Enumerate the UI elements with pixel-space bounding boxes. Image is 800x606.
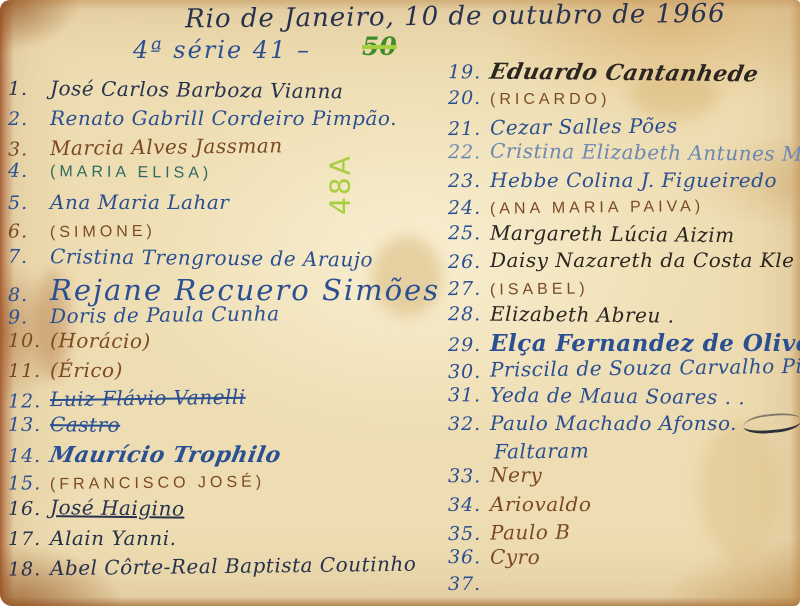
list-entry: 30.Priscila de Souza Carvalho Pimenta xyxy=(448,355,800,386)
entry-number: 28. xyxy=(448,303,490,325)
entry-number: 22. xyxy=(448,141,490,163)
entry-number: 8. xyxy=(8,284,50,306)
list-entry: 11.(Érico) xyxy=(8,358,440,386)
list-entry: 19.Eduardo Cantanhede xyxy=(448,58,800,89)
list-entry: 16.José Haigino xyxy=(8,496,440,529)
absent-note-label: Faltaram xyxy=(494,438,590,463)
entry-name: Nery xyxy=(490,463,542,488)
illegible-signature-scrawl xyxy=(743,412,800,436)
entry-name: Cezar Salles Pões xyxy=(490,113,678,139)
entry-name: (ANA MARIA PAIVA) xyxy=(490,198,704,219)
entry-name: Renato Gabrill Cordeiro Pimpão. xyxy=(50,106,397,130)
entry-number: 36. xyxy=(448,546,490,568)
name-list-left-column: 1.José Carlos Barboza Vianna2.Renato Gab… xyxy=(8,78,440,582)
list-entry: 29.Elça Fernandez de Oliveira Netto xyxy=(448,330,800,357)
entry-name: (ISABEL) xyxy=(490,280,589,299)
entry-name: (Érico) xyxy=(50,358,123,382)
entry-number: 10. xyxy=(8,330,50,352)
entry-number: 23. xyxy=(448,170,490,192)
list-entry: 28.Elizabeth Abreu . xyxy=(448,301,800,332)
entry-name: Elizabeth Abreu . xyxy=(490,302,675,328)
list-entry: 1.José Carlos Barboza Vianna xyxy=(8,76,440,109)
entry-number: 20. xyxy=(448,87,490,109)
entry-name: Cristina Elizabeth Antunes Ma xyxy=(490,139,800,166)
entry-number: 15. xyxy=(8,472,50,495)
list-entry: 7.Cristina Trengrouse de Araujo xyxy=(8,244,440,277)
entry-name: Elça Fernandez de Oliveira Netto xyxy=(490,330,800,357)
entry-number: 2. xyxy=(8,108,50,130)
list-entry: 31.Yeda de Maua Soares . . xyxy=(448,382,800,413)
entry-name: Daisy Nazareth da Costa Kle xyxy=(490,248,795,272)
entry-name: (Horácio) xyxy=(50,328,151,353)
list-entry: 24.(ANA MARIA PAIVA) xyxy=(448,193,800,224)
list-entry: 35.Paulo B xyxy=(448,517,800,548)
entry-number: 14. xyxy=(8,445,50,467)
entry-name: Margareth Lúcia Aizim xyxy=(490,221,735,248)
list-entry: 20.(RICARDO) xyxy=(448,87,800,114)
scanned-document: Rio de Janeiro, 10 de outubro de 1966 4ª… xyxy=(0,0,800,606)
crossed-out-count: 50 xyxy=(362,32,397,61)
entry-number: 34. xyxy=(448,494,490,516)
entry-name: Yeda de Maua Soares . . xyxy=(490,383,745,410)
entry-name: Hebbe Colina J. Figueiredo xyxy=(490,168,777,192)
entry-number: 24. xyxy=(448,197,490,220)
entry-number: 7. xyxy=(8,246,50,268)
entry-name: Cyro xyxy=(490,545,540,570)
entry-name: José Carlos Barboza Vianna xyxy=(50,76,344,103)
entry-number: 3. xyxy=(8,138,50,161)
entry-number: 37. xyxy=(448,573,490,595)
entry-number: 9. xyxy=(8,306,50,329)
entry-name: Alain Yanni. xyxy=(50,526,177,550)
list-entry: 22.Cristina Elizabeth Antunes Ma xyxy=(448,139,800,170)
list-entry: 27.(ISABEL) xyxy=(448,274,800,305)
list-entry: 32.Paulo Machado Afonso. xyxy=(448,411,800,438)
list-entry: 8.Rejane Recuero Simões xyxy=(8,274,440,302)
entry-name: (SIMONE) xyxy=(50,223,156,242)
list-entry: 17.Alain Yanni. xyxy=(8,526,440,554)
entry-number: 1. xyxy=(8,78,50,100)
list-entry: 23.Hebbe Colina J. Figueiredo xyxy=(448,168,800,195)
entry-name: Marcia Alves Jassman xyxy=(50,133,283,160)
entry-number: 33. xyxy=(448,465,490,487)
list-entry: 18.Abel Côrte-Real Baptista Coutinho xyxy=(8,551,440,584)
list-entry: 14.Maurício Trophilo xyxy=(8,442,440,470)
name-list-right-column: 19.Eduardo Cantanhede20.(RICARDO)21.Ceza… xyxy=(448,60,800,600)
entry-number: 30. xyxy=(448,361,490,384)
entry-number: 27. xyxy=(448,278,490,301)
entry-number: 19. xyxy=(448,61,490,83)
entry-number: 6. xyxy=(8,220,50,243)
entry-number: 16. xyxy=(8,498,50,520)
entry-name: Paulo Machado Afonso. xyxy=(490,411,737,435)
entry-name: Paulo B xyxy=(490,520,571,545)
entry-number: 25. xyxy=(448,222,490,244)
entry-number: 32. xyxy=(448,413,490,435)
list-entry: 25.Margareth Lúcia Aizim xyxy=(448,220,800,251)
list-entry: 4.(MARIA ELISA) xyxy=(8,160,440,193)
entry-number: 31. xyxy=(448,384,490,406)
entry-number: 35. xyxy=(448,523,490,546)
entry-name: Ana Maria Lahar xyxy=(50,190,229,214)
entry-number: 11. xyxy=(8,360,50,382)
entry-name: José Haigino xyxy=(50,495,215,521)
series-label: 4ª série 41 – xyxy=(133,36,311,64)
entry-number: 18. xyxy=(8,558,50,581)
entry-name: Abel Côrte-Real Baptista Coutinho xyxy=(50,552,417,580)
list-entry: 36.Cyro xyxy=(448,544,800,575)
entry-name: Doris de Paula Cunha xyxy=(50,301,280,328)
entry-number: 5. xyxy=(8,192,50,214)
entry-number: 4. xyxy=(8,160,50,182)
entry-name: Luiz Flávio Vanelli xyxy=(50,385,246,411)
list-entry: 26.Daisy Nazareth da Costa Kle xyxy=(448,249,800,276)
entry-name: Ariovaldo xyxy=(490,492,591,516)
entry-number: 12. xyxy=(8,390,50,413)
entry-name: (MARIA ELISA) xyxy=(50,163,212,183)
entry-name: Maurício Trophilo xyxy=(48,442,284,468)
entry-number: 17. xyxy=(8,528,50,550)
document-title-date: Rio de Janeiro, 10 de outubro de 1966 xyxy=(185,0,645,34)
list-entry: 33.Nery xyxy=(448,463,800,494)
entry-name: Priscila de Souza Carvalho Pimenta xyxy=(490,353,800,382)
entry-number: 26. xyxy=(448,251,490,273)
list-entry: 10.(Horácio) xyxy=(8,328,440,361)
list-entry: 13.Castro xyxy=(8,412,440,445)
entry-name: Eduardo Cantanhede xyxy=(488,59,761,88)
entry-name: (RICARDO) xyxy=(490,91,610,109)
list-entry: 37. xyxy=(448,573,800,600)
entry-name: Cristina Trengrouse de Araujo xyxy=(50,244,373,271)
entry-number: 21. xyxy=(448,118,490,141)
entry-name: Castro xyxy=(50,412,120,437)
entry-number: 29. xyxy=(448,334,490,356)
list-entry: 34.Ariovaldo xyxy=(448,492,800,519)
entry-number: 13. xyxy=(8,414,50,436)
list-entry: 5.Ana Maria Lahar xyxy=(8,190,440,218)
entry-name: (FRANCISCO JOSÉ) xyxy=(50,473,265,494)
list-entry: 2.Renato Gabrill Cordeiro Pimpão. xyxy=(8,106,440,134)
